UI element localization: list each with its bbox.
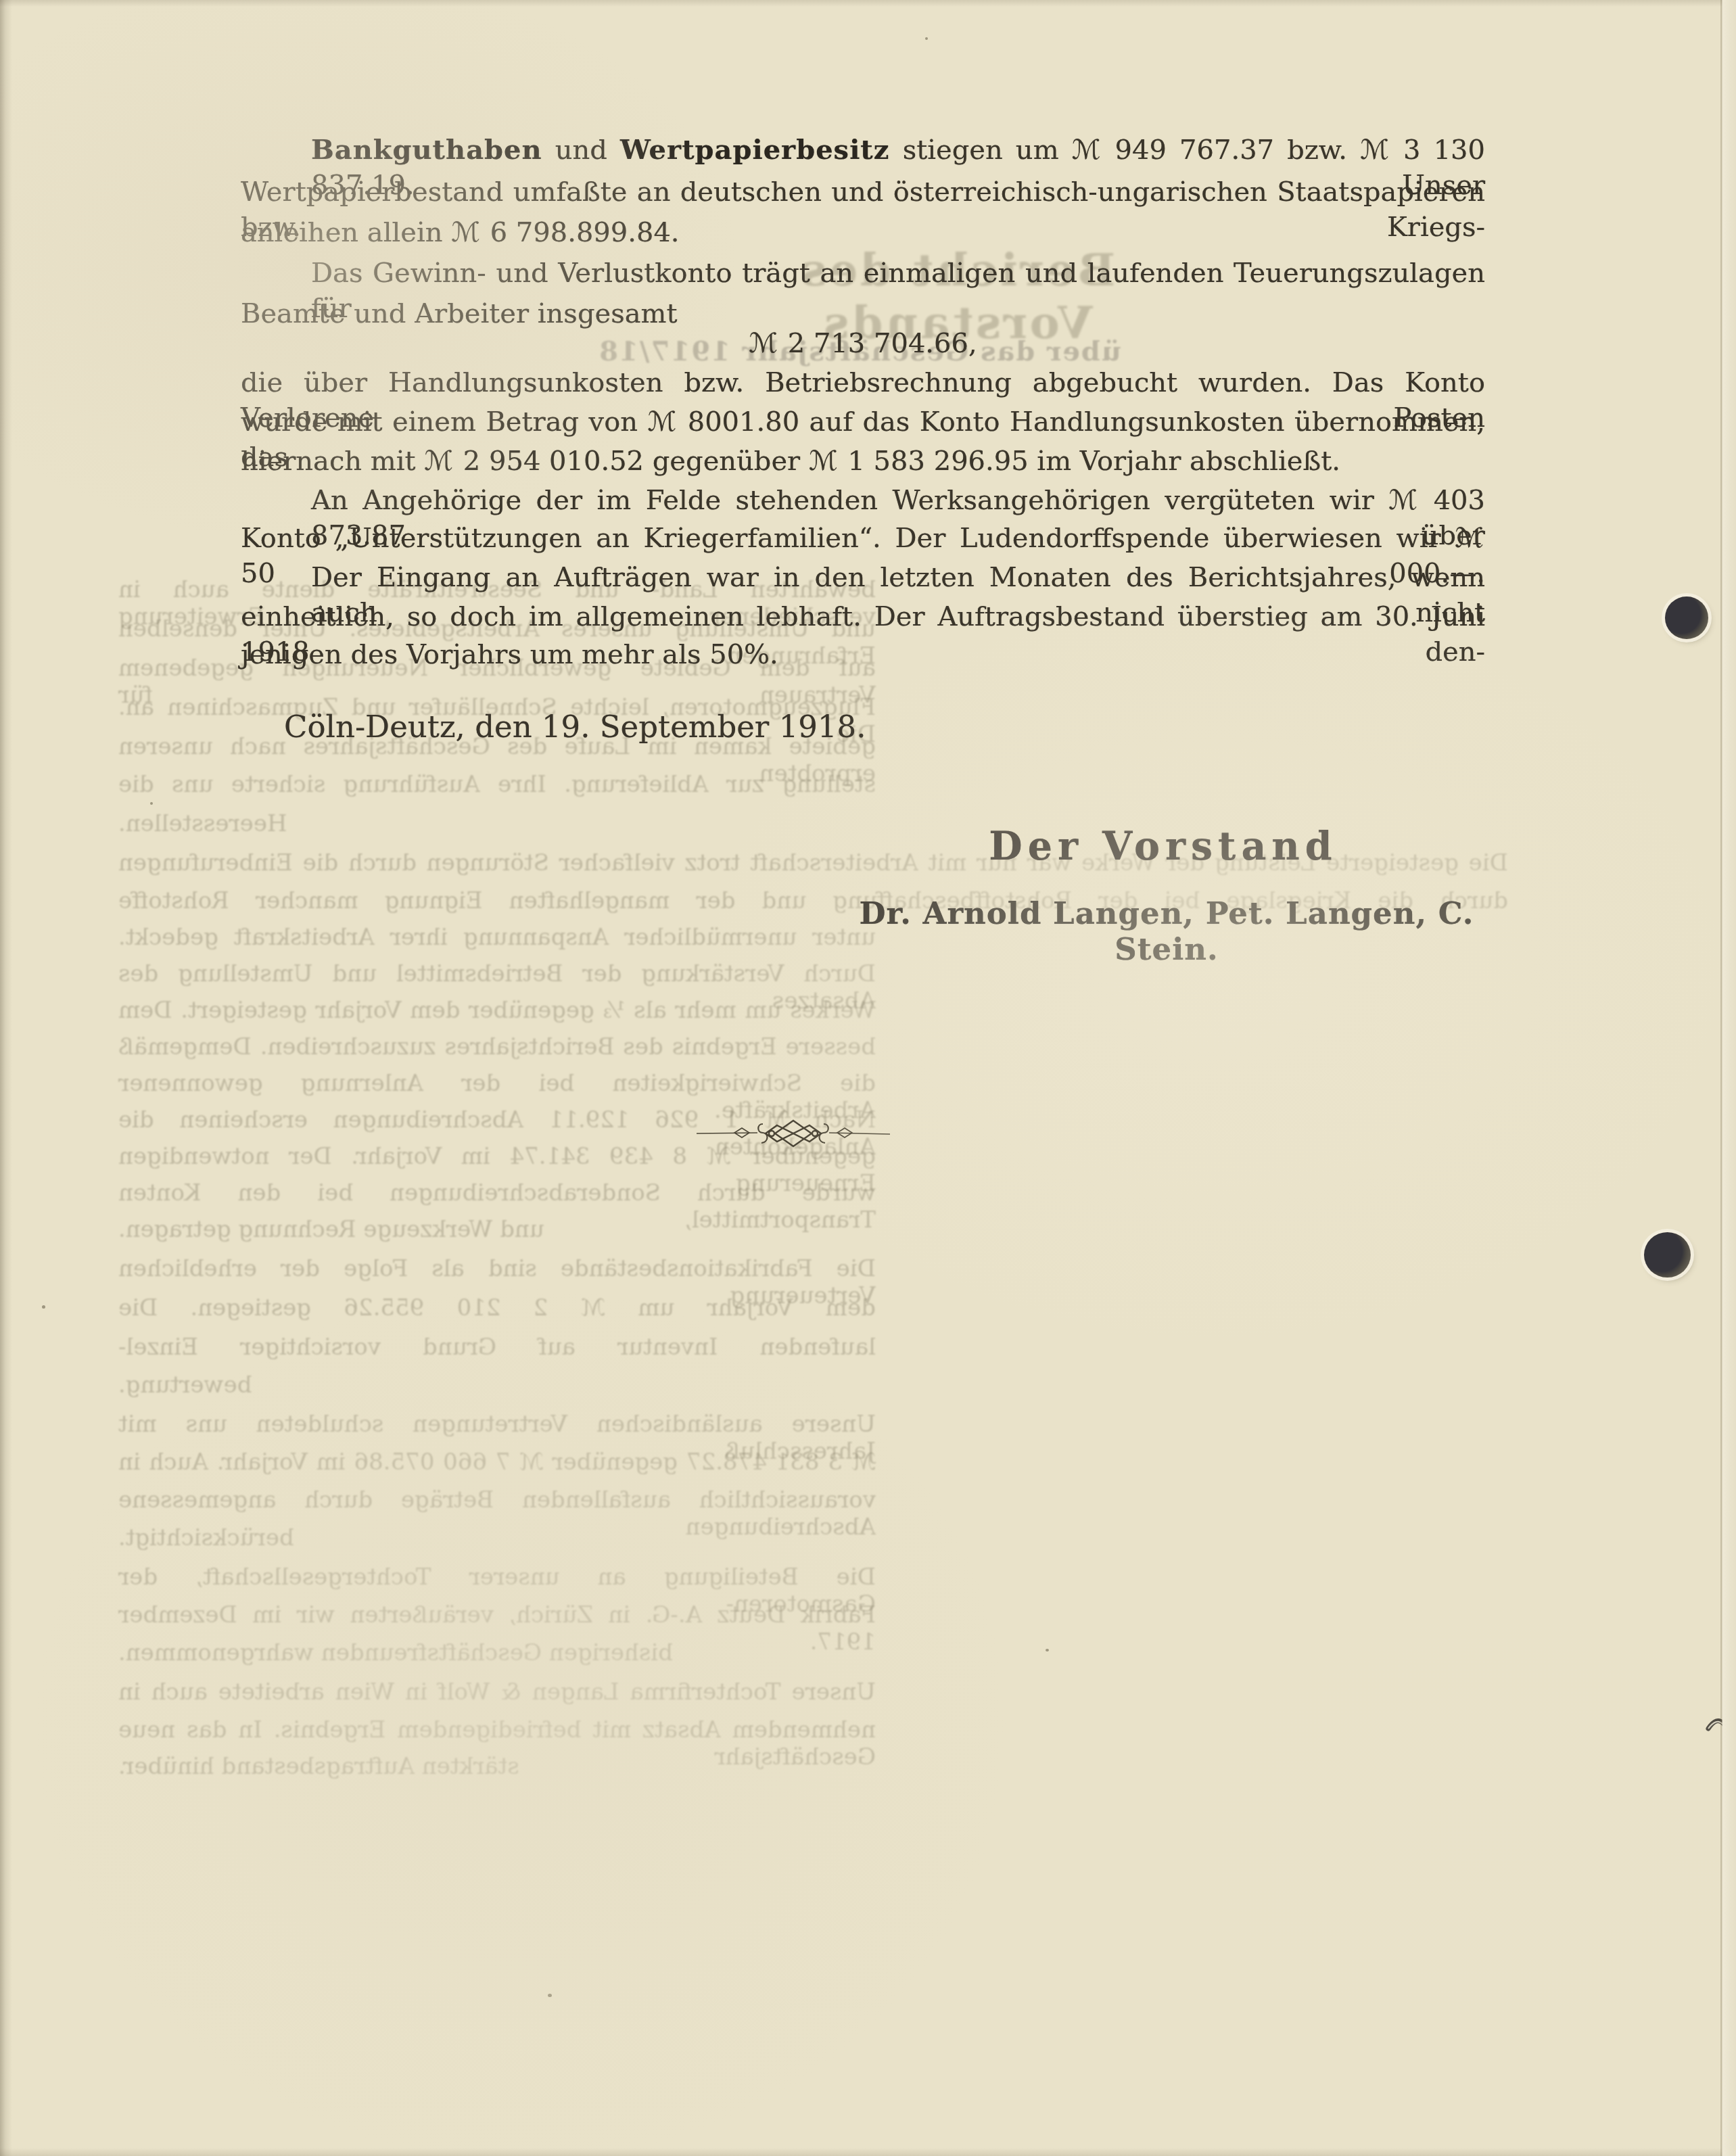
bleed-text-line: bessere Ergebnis des Berichtsjahres zuzu… [118,1033,876,1060]
bleed-text-line: und Werkzeuge Rechnung getragen. [118,1216,876,1243]
text-line: anleihen allein ℳ 6 798.899.84. [241,215,1485,254]
staple-mark [1729,303,1735,350]
bleed-text-line: laufenden Inventur auf Grund vorsichtige… [118,1334,876,1361]
page-edge-shadow-left [0,0,12,2156]
text-line: ℳ 2 713 704.66, [241,326,1485,365]
text-line: Wertpapierbestand umfaßte an deutschen u… [241,174,1485,214]
text-line: einheitlich, so doch im allgemeinen lebh… [241,599,1485,638]
bleed-text-line: Unsere Tochterfirma Langen & Wolf in Wie… [118,1679,876,1706]
staple-wire [1703,1715,1736,1817]
scanned-report-page: Bericht des Vorstands über das Geschäfts… [0,0,1736,2156]
bleed-text-line: bisherigen Geschäftsfreunden wahrgenomme… [118,1639,876,1666]
dust-speck [42,1305,45,1309]
dust-speck [548,1994,552,1997]
dust-speck [925,37,928,40]
text-line: An Angehörige der im Felde stehenden Wer… [241,483,1485,522]
bleed-text-line: stellung zur Ablieferung. Ihre Ausführun… [118,771,876,798]
text-line: hiernach mit ℳ 2 954 010.52 gegenüber ℳ … [241,444,1485,483]
dust-speck [150,802,153,805]
punch-hole [1644,1232,1691,1278]
text-line: jenigen des Vorjahrs um mehr als 50%. [241,637,1485,676]
text-line: Das Gewinn- und Verlustkonto trägt an ei… [241,256,1485,295]
bleed-text-line: dem Vorjahr um ℳ 2 210 955.26 gestiegen.… [118,1294,876,1321]
bleed-text-line: bewertung. [118,1372,876,1399]
bleed-text-line: Werkes um mehr als ⅓ gegenüber dem Vorja… [118,997,876,1024]
dateline: Cöln-Deutz, den 19. September 1918. [284,709,866,745]
bleed-text-line: Heeresstellen. [118,810,876,837]
bleed-text-line: unter unermüdlicher Anspannung ihrer Arb… [118,924,876,951]
text-line: die über Handlungsunkosten bzw. Betriebs… [241,365,1485,404]
text-line: Bankguthaben und Wertpapierbesitz stiege… [241,133,1485,172]
signatories: Dr. Arnold Langen, Pet. Langen, C. Stein… [818,895,1515,967]
page-edge-shadow-bottom [0,2148,1736,2156]
text-line: wurde mit einem Betrag von ℳ 8001.80 auf… [241,404,1485,444]
text-line: Der Eingang an Aufträgen war in den letz… [241,560,1485,599]
signature-title: Der Vorstand [947,824,1380,869]
bleed-text-line: ℳ 3 831 478.27 gegenüber ℳ 7 660 075.86 … [118,1449,876,1476]
bleed-text-line: stärkten Auftragsbestand hinüber. [118,1753,876,1780]
bleed-text-line: berücksichtigt. [118,1524,876,1551]
text-line: Konto „Unterstützungen an Kriegerfamilie… [241,521,1485,560]
page-edge-shadow-top [0,0,1736,7]
punch-hole [1665,596,1708,639]
divider-ornament [695,1117,891,1150]
dust-speck [1046,1649,1049,1651]
staple-mark [1729,242,1736,289]
